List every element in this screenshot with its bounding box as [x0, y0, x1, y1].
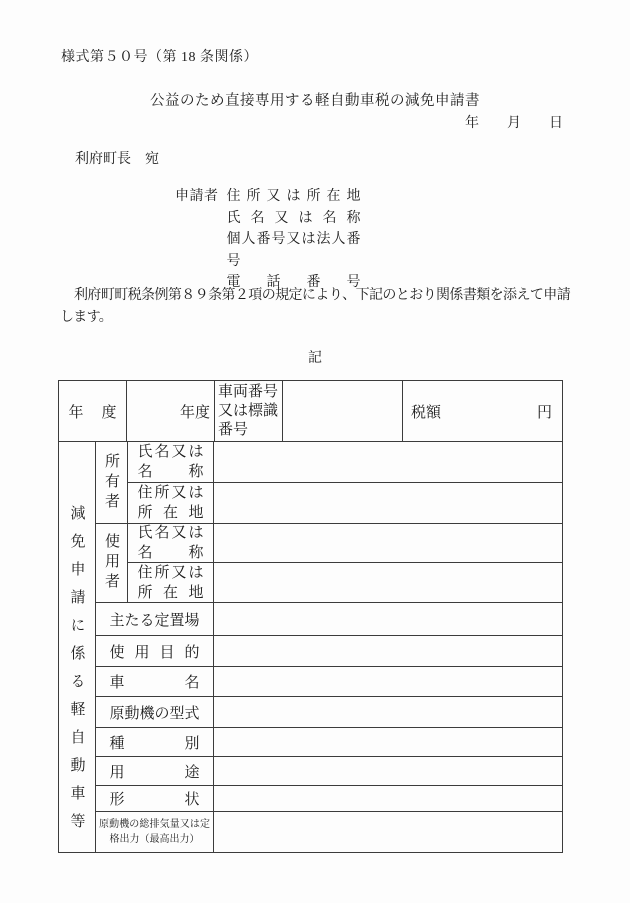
side-caption: 減免申請に係る軽自動車等: [67, 453, 88, 841]
applicant-fields: 住所又は所在地 氏名又は名称 個人番号又は法人番号 電話番号: [227, 186, 361, 294]
row-label-text: 原動機の型式: [110, 702, 200, 723]
row-label-text: 形状: [110, 788, 200, 809]
input-shape[interactable]: [214, 786, 562, 812]
row-label-line: 名称: [138, 543, 204, 563]
row-label-line: 格出力（最高出力）: [99, 832, 210, 847]
applicant-label: 申請者: [175, 186, 219, 208]
row-label-shape: 形状: [96, 786, 214, 812]
row-label-use: 用途: [96, 757, 214, 786]
tax-amount-cell[interactable]: 税額 円: [403, 381, 562, 441]
row-label-user-address: 住所又は 所在地: [128, 563, 214, 603]
input-engine-model[interactable]: [214, 697, 562, 728]
table-header-row: 年度 年度 車両番号又は標識番号 税額 円: [59, 381, 562, 442]
row-label-text: 使用目的: [110, 641, 200, 662]
row-label-line: 原動機の総排気量又は定: [99, 817, 210, 832]
fiscal-year-header-label: 年度: [69, 401, 117, 422]
tax-amount-label: 税額: [411, 401, 441, 422]
row-label-line: 所在地: [138, 583, 204, 603]
row-label-engine-model: 原動機の型式: [96, 697, 214, 728]
date-line: 年 月 日: [465, 112, 563, 132]
row-label-line: 氏名又は: [138, 523, 204, 543]
input-storage-location[interactable]: [214, 603, 562, 636]
fiscal-year-suffix: 年度: [180, 401, 210, 422]
record-mark: 記: [0, 347, 630, 367]
row-label-line: 所在地: [138, 503, 204, 523]
row-label-purpose: 使用目的: [96, 636, 214, 667]
vehicle-number-header: 車両番号又は標識番号: [215, 381, 283, 441]
input-displacement[interactable]: [214, 812, 562, 852]
side-caption-cell: 減免申請に係る軽自動車等: [59, 442, 96, 852]
row-label-storage-location: 主たる定置場: [96, 603, 214, 636]
vehicle-number-header-label: 車両番号又は標識番号: [218, 383, 278, 440]
row-label-text: 種別: [110, 732, 200, 753]
fiscal-year-header: 年度: [59, 381, 127, 441]
body-paragraph: 利府町町税条例第８９条第２項の規定により、下記のとおり関係書類を添えて申請します…: [60, 285, 570, 329]
input-user-address[interactable]: [214, 563, 562, 603]
row-label-owner-address: 住所又は 所在地: [128, 483, 214, 524]
applicant-block: 申請者 住所又は所在地 氏名又は名称 個人番号又は法人番号 電話番号: [175, 186, 361, 294]
fiscal-year-input-cell[interactable]: 年度: [127, 381, 215, 441]
input-owner-name[interactable]: [214, 442, 562, 483]
row-label-line: 住所又は: [138, 483, 204, 503]
application-table: 年度 年度 車両番号又は標識番号 税額 円 減免申請に係る軽自動車等 所有者 使…: [58, 380, 563, 853]
input-category[interactable]: [214, 728, 562, 757]
row-label-text: 車名: [110, 671, 200, 692]
row-label-owner-name: 氏名又は 名称: [128, 442, 214, 483]
table-body: 減免申請に係る軽自動車等 所有者 使用者 氏名又は 名称 住所又は 所在地 氏名…: [59, 442, 562, 852]
owner-label: 所有者: [101, 453, 122, 513]
row-label-user-name: 氏名又は 名称: [128, 524, 214, 563]
row-label-text: 主たる定置場: [110, 609, 200, 630]
input-purpose[interactable]: [214, 636, 562, 667]
applicant-field-number: 個人番号又は法人番号: [227, 229, 361, 272]
form-number: 様式第５０号（第 18 条関係）: [61, 46, 258, 66]
addressee-line: 利府町長 宛: [75, 148, 159, 168]
input-use[interactable]: [214, 757, 562, 786]
tax-amount-unit: 円: [537, 401, 552, 422]
applicant-field-address: 住所又は所在地: [227, 186, 361, 208]
row-label-line: 名称: [138, 462, 204, 482]
vehicle-number-input-cell[interactable]: [283, 381, 403, 441]
row-label-vehicle-name: 車名: [96, 667, 214, 697]
input-user-name[interactable]: [214, 524, 562, 563]
row-label-line: 氏名又は: [138, 442, 204, 462]
user-label: 使用者: [101, 533, 122, 593]
row-label-line: 住所又は: [138, 563, 204, 583]
input-owner-address[interactable]: [214, 483, 562, 524]
user-group-cell: 使用者: [96, 524, 128, 603]
input-vehicle-name[interactable]: [214, 667, 562, 697]
row-label-category: 種別: [96, 728, 214, 757]
applicant-field-name: 氏名又は名称: [227, 208, 361, 230]
page-title: 公益のため直接専用する軽自動車税の減免申請書: [0, 89, 630, 110]
row-label-text: 用途: [110, 761, 200, 782]
row-label-displacement: 原動機の総排気量又は定 格出力（最高出力）: [96, 812, 214, 852]
owner-group-cell: 所有者: [96, 442, 128, 524]
document-page: 様式第５０号（第 18 条関係） 公益のため直接専用する軽自動車税の減免申請書 …: [0, 0, 630, 903]
